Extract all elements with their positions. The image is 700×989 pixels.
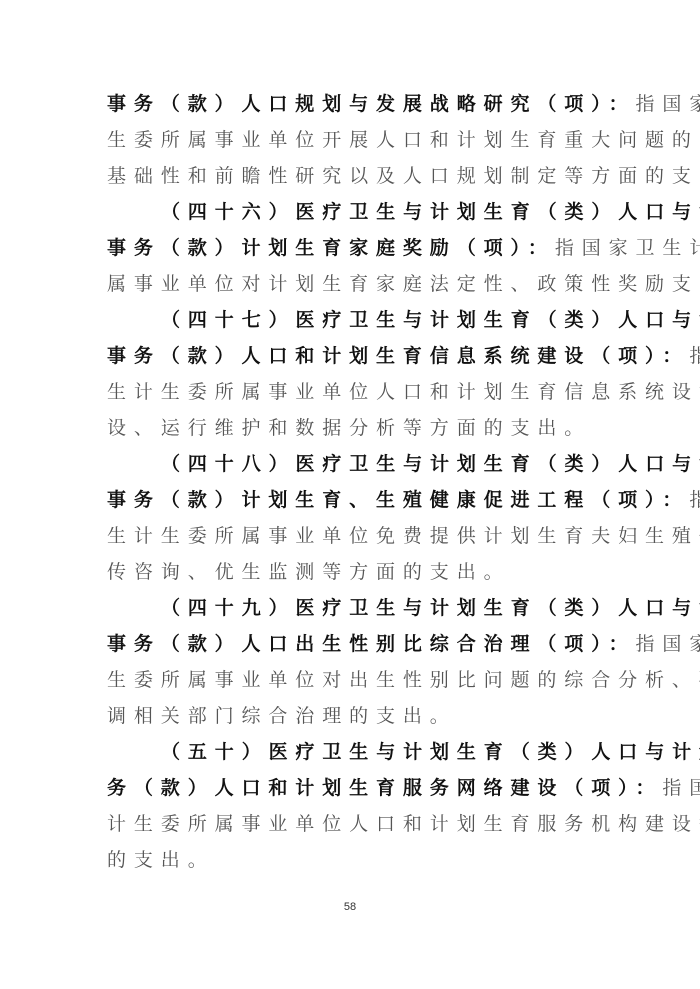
text-line: 事务（款）人口和计划生育信息系统建设（项）：指国家卫	[107, 338, 593, 374]
text-line: 生委所属事业单位开展人口和计划生育重大问题的战略性、	[107, 122, 593, 158]
text-line: 传咨询、优生监测等方面的支出。	[107, 554, 593, 590]
text-line: 生计生委所属事业单位免费提供计划生育夫妇生殖保健、遗	[107, 518, 593, 554]
text-line: 事务（款）人口规划与发展战略研究（项）：指国家卫生计	[107, 86, 593, 122]
text-line: 生委所属事业单位对出生性别比问题的综合分析、研究和协	[107, 662, 593, 698]
paragraph-47: （四十七）医疗卫生与计划生育（类）人口与计划生育 事务（款）人口和计划生育信息系…	[107, 302, 593, 446]
paragraph-50: （五十）医疗卫生与计划生育（类）人口与计划生育事 务（款）人口和计划生育服务网络…	[107, 734, 593, 878]
text-line: 计生委所属事业单位人口和计划生育服务机构建设等方面	[107, 806, 593, 842]
text-line: 的支出。	[107, 842, 593, 878]
text-line: 设、运行维护和数据分析等方面的支出。	[107, 410, 593, 446]
text-line: 基础性和前瞻性研究以及人口规划制定等方面的支出。	[107, 158, 593, 194]
paragraph-heading: （四十六）医疗卫生与计划生育（类）人口与计划生育	[107, 194, 593, 230]
document-page: 事务（款）人口规划与发展战略研究（项）：指国家卫生计 生委所属事业单位开展人口和…	[107, 86, 593, 878]
paragraph-heading: （四十九）医疗卫生与计划生育（类）人口与计划生育	[107, 590, 593, 626]
paragraph-heading: （五十）医疗卫生与计划生育（类）人口与计划生育事	[107, 734, 593, 770]
text-line: 事务（款）计划生育家庭奖励（项）：指国家卫生计生委所	[107, 230, 593, 266]
paragraph-46: （四十六）医疗卫生与计划生育（类）人口与计划生育 事务（款）计划生育家庭奖励（项…	[107, 194, 593, 302]
paragraph-population-planning: 事务（款）人口规划与发展战略研究（项）：指国家卫生计 生委所属事业单位开展人口和…	[107, 86, 593, 194]
text-line: 事务（款）人口出生性别比综合治理（项）：指国家卫生计	[107, 626, 593, 662]
paragraph-heading: （四十七）医疗卫生与计划生育（类）人口与计划生育	[107, 302, 593, 338]
page-number: 58	[0, 901, 700, 913]
text-line: 调相关部门综合治理的支出。	[107, 698, 593, 734]
text-line: 事务（款）计划生育、生殖健康促进工程（项）：指国家卫	[107, 482, 593, 518]
paragraph-49: （四十九）医疗卫生与计划生育（类）人口与计划生育 事务（款）人口出生性别比综合治…	[107, 590, 593, 734]
paragraph-heading: （四十八）医疗卫生与计划生育（类）人口与计划生育	[107, 446, 593, 482]
text-line: 务（款）人口和计划生育服务网络建设（项）：指国家卫生	[107, 770, 593, 806]
text-line: 生计生委所属事业单位人口和计划生育信息系统设计、建	[107, 374, 593, 410]
text-line: 属事业单位对计划生育家庭法定性、政策性奖励支出。	[107, 266, 593, 302]
paragraph-48: （四十八）医疗卫生与计划生育（类）人口与计划生育 事务（款）计划生育、生殖健康促…	[107, 446, 593, 590]
